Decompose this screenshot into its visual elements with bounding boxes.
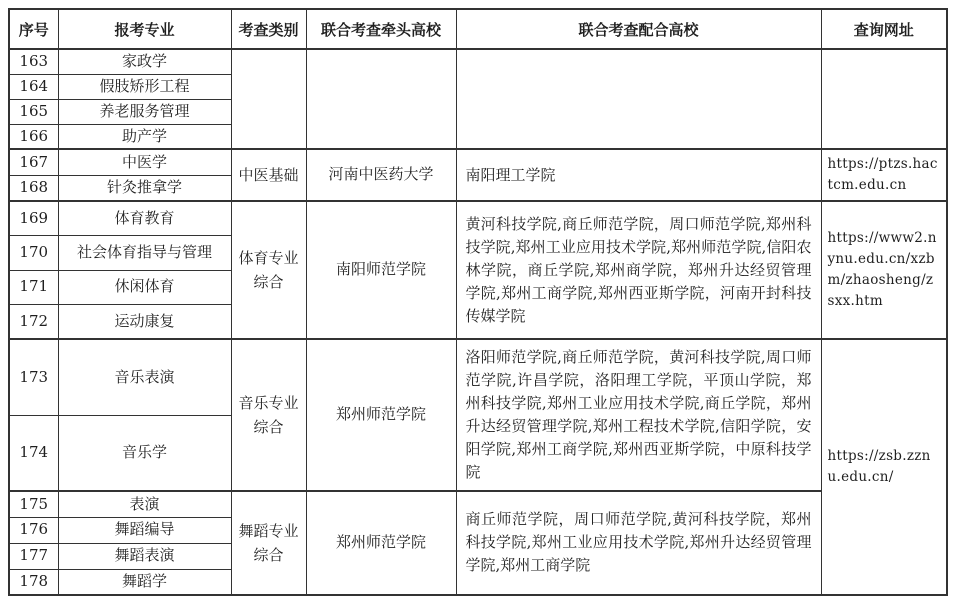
major-cell: 针灸推拿学 bbox=[58, 175, 231, 201]
serial-cell: 178 bbox=[9, 569, 58, 594]
serial-cell: 165 bbox=[9, 99, 58, 124]
partner-universities-cell: 洛阳师范学院,商丘师范学院，黄河科技学院,周口师范学院,许昌学院，洛阳理工学院，… bbox=[456, 339, 821, 491]
major-cell: 中医学 bbox=[58, 149, 231, 175]
query-url-cell bbox=[821, 49, 947, 149]
serial-cell: 168 bbox=[9, 175, 58, 201]
major-cell: 家政学 bbox=[58, 49, 231, 74]
serial-cell: 163 bbox=[9, 49, 58, 74]
col-header-serial: 序号 bbox=[9, 9, 58, 49]
major-cell: 音乐学 bbox=[58, 415, 231, 491]
serial-cell: 167 bbox=[9, 149, 58, 175]
major-cell: 舞蹈学 bbox=[58, 569, 231, 594]
partner-universities-cell: 南阳理工学院 bbox=[456, 149, 821, 201]
category-cell: 体育专业综合 bbox=[231, 201, 306, 339]
category-cell: 舞蹈专业综合 bbox=[231, 491, 306, 594]
header-row: 序号 报考专业 考查类别 联合考查牵头高校 联合考查配合高校 查询网址 bbox=[9, 9, 947, 49]
lead-university-cell: 郑州师范学院 bbox=[306, 491, 456, 594]
serial-cell: 173 bbox=[9, 339, 58, 415]
partner-universities-cell: 商丘师范学院，周口师范学院,黄河科技学院，郑州科技学院,郑州工业应用技术学院,郑… bbox=[456, 491, 821, 594]
major-cell: 表演 bbox=[58, 491, 231, 517]
joint-exam-table: 序号 报考专业 考查类别 联合考查牵头高校 联合考查配合高校 查询网址 163 … bbox=[8, 8, 948, 596]
partner-universities-cell bbox=[456, 49, 821, 149]
table-row: 163 家政学 bbox=[9, 49, 947, 74]
serial-cell: 166 bbox=[9, 124, 58, 149]
serial-cell: 171 bbox=[9, 270, 58, 304]
serial-cell: 175 bbox=[9, 491, 58, 517]
category-cell: 中医基础 bbox=[231, 149, 306, 201]
major-cell: 舞蹈编导 bbox=[58, 517, 231, 543]
table-row: 167 中医学 中医基础 河南中医药大学 南阳理工学院 https://ptzs… bbox=[9, 149, 947, 175]
category-cell: 音乐专业综合 bbox=[231, 339, 306, 491]
col-header-lead-university: 联合考查牵头高校 bbox=[306, 9, 456, 49]
lead-university-cell: 郑州师范学院 bbox=[306, 339, 456, 491]
major-cell: 社会体育指导与管理 bbox=[58, 235, 231, 270]
major-cell: 体育教育 bbox=[58, 201, 231, 235]
lead-university-cell: 河南中医药大学 bbox=[306, 149, 456, 201]
serial-cell: 174 bbox=[9, 415, 58, 491]
major-cell: 运动康复 bbox=[58, 304, 231, 339]
serial-cell: 177 bbox=[9, 543, 58, 569]
serial-cell: 169 bbox=[9, 201, 58, 235]
major-cell: 养老服务管理 bbox=[58, 99, 231, 124]
major-cell: 假肢矫形工程 bbox=[58, 74, 231, 99]
table-row: 169 体育教育 体育专业综合 南阳师范学院 黄河科技学院,商丘师范学院，周口师… bbox=[9, 201, 947, 235]
col-header-category: 考查类别 bbox=[231, 9, 306, 49]
category-cell bbox=[231, 49, 306, 149]
major-cell: 助产学 bbox=[58, 124, 231, 149]
major-cell: 休闲体育 bbox=[58, 270, 231, 304]
serial-cell: 170 bbox=[9, 235, 58, 270]
query-url-cell: https://zsb.zznu.edu.cn/ bbox=[821, 339, 947, 594]
table-row: 175 表演 舞蹈专业综合 郑州师范学院 商丘师范学院，周口师范学院,黄河科技学… bbox=[9, 491, 947, 517]
lead-university-cell bbox=[306, 49, 456, 149]
query-url-cell: https://ptzs.hactcm.edu.cn bbox=[821, 149, 947, 201]
col-header-partner-universities: 联合考查配合高校 bbox=[456, 9, 821, 49]
lead-university-cell: 南阳师范学院 bbox=[306, 201, 456, 339]
major-cell: 舞蹈表演 bbox=[58, 543, 231, 569]
serial-cell: 176 bbox=[9, 517, 58, 543]
serial-cell: 164 bbox=[9, 74, 58, 99]
col-header-query-url: 查询网址 bbox=[821, 9, 947, 49]
serial-cell: 172 bbox=[9, 304, 58, 339]
major-cell: 音乐表演 bbox=[58, 339, 231, 415]
col-header-major: 报考专业 bbox=[58, 9, 231, 49]
partner-universities-cell: 黄河科技学院,商丘师范学院，周口师范学院,郑州科技学院,郑州工业应用技术学院,郑… bbox=[456, 201, 821, 339]
table-row: 173 音乐表演 音乐专业综合 郑州师范学院 洛阳师范学院,商丘师范学院，黄河科… bbox=[9, 339, 947, 415]
query-url-cell: https://www2.nynu.edu.cn/xzbm/zhaosheng/… bbox=[821, 201, 947, 339]
